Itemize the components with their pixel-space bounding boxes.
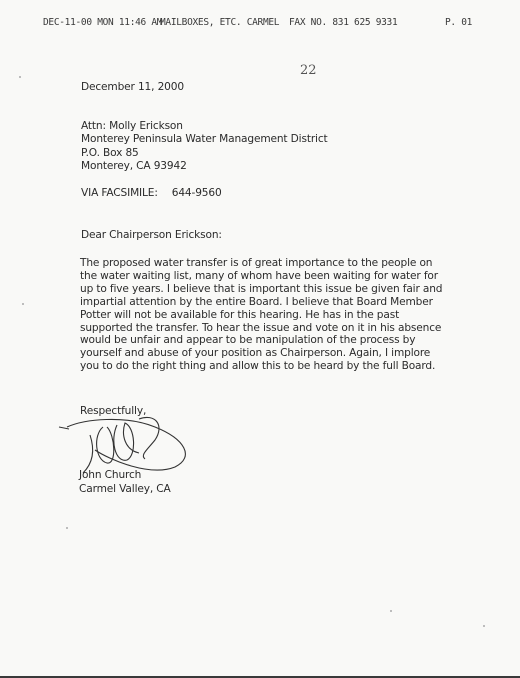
body-line: Potter will not be available for this he… xyxy=(80,309,500,322)
body-line: yourself and abuse of your position as C… xyxy=(80,347,500,360)
fax-page-number: P. 01 xyxy=(445,17,472,28)
body-line: the water waiting list, many of whom hav… xyxy=(80,270,500,283)
fax-page: DEC-11-00 MON 11:46 AM MAILBOXES, ETC. C… xyxy=(0,0,520,676)
scan-speck xyxy=(19,76,21,78)
page-number: 22 xyxy=(300,63,317,78)
letter-date: December 11, 2000 xyxy=(81,81,184,93)
scan-speck xyxy=(22,303,24,305)
body-line: would be unfair and appear to be manipul… xyxy=(80,334,500,347)
via-label: VIA FACSIMILE: xyxy=(81,187,158,199)
body-line: you to do the right thing and allow this… xyxy=(80,360,500,373)
via-facsimile: VIA FACSIMILE:644-9560 xyxy=(81,187,222,199)
recipient-city: Monterey, CA 93942 xyxy=(81,160,328,173)
fax-datetime: DEC-11-00 MON 11:46 AM xyxy=(43,17,162,28)
recipient-address: Attn: Molly Erickson Monterey Peninsula … xyxy=(81,120,328,173)
scan-speck xyxy=(390,610,392,612)
body-line: impartial attention by the entire Board.… xyxy=(80,296,500,309)
recipient-organization: Monterey Peninsula Water Management Dist… xyxy=(81,133,328,146)
salutation: Dear Chairperson Erickson: xyxy=(81,229,222,241)
body-line: The proposed water transfer is of great … xyxy=(80,257,500,270)
fax-sender: MAILBOXES, ETC. CARMEL xyxy=(160,17,279,28)
fax-header: DEC-11-00 MON 11:46 AM MAILBOXES, ETC. C… xyxy=(43,17,483,31)
body-line: supported the transfer. To hear the issu… xyxy=(80,322,500,335)
recipient-attn: Attn: Molly Erickson xyxy=(81,120,328,133)
scan-speck xyxy=(66,527,68,529)
scan-speck xyxy=(483,625,485,627)
body-line: up to five years. I believe that is impo… xyxy=(80,283,500,296)
letter-body: The proposed water transfer is of great … xyxy=(80,257,500,373)
via-number: 644-9560 xyxy=(172,187,222,199)
signer-location: Carmel Valley, CA xyxy=(79,483,171,495)
signer-name: John Church xyxy=(79,469,141,481)
recipient-po-box: P.O. Box 85 xyxy=(81,147,328,160)
fax-number: FAX NO. 831 625 9331 xyxy=(289,17,397,28)
